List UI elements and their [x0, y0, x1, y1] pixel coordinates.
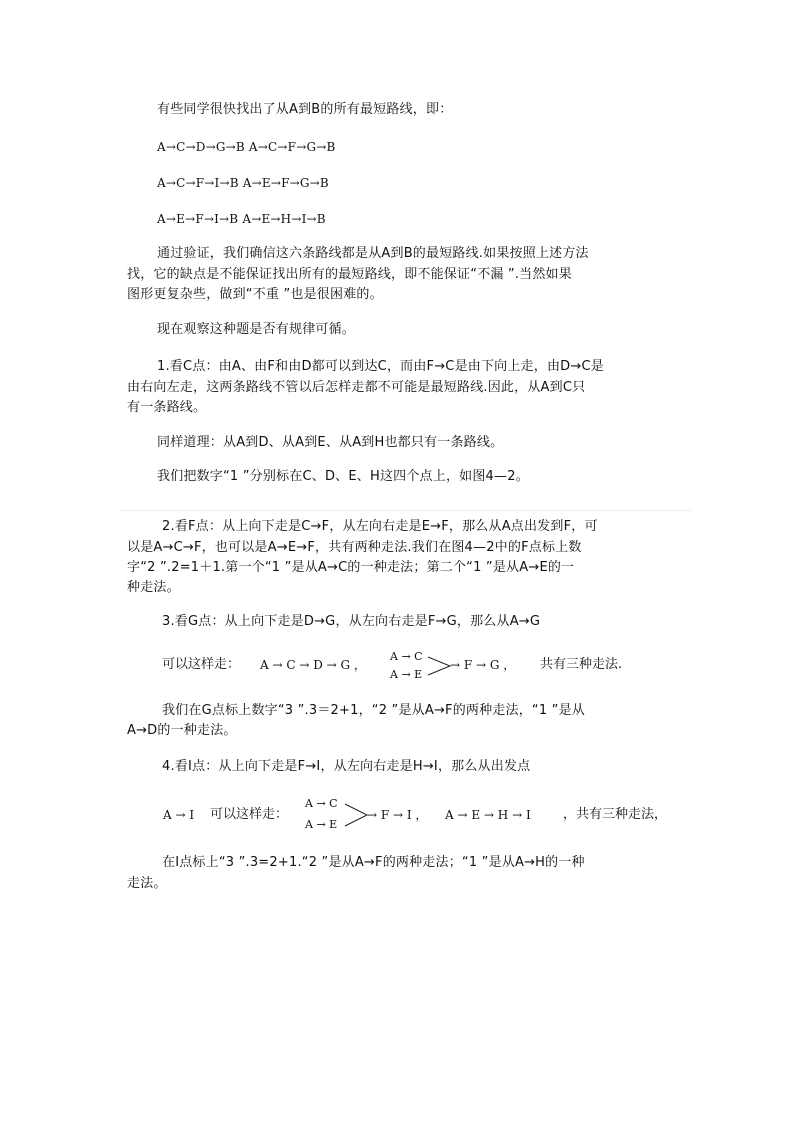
merge-bracket-icon [345, 802, 369, 828]
path-formula: A → I [163, 805, 194, 825]
point-c-line: 1.看C点：由A、由F和由D都可以到达C，而由F→C是由下向上走，由D→C是 [157, 357, 604, 377]
point-i-intro: 4.看I点：从上向下走是F→I，从左向右走是H→I，那么从出发点 [162, 757, 530, 777]
verify-line: 找，它的缺点是不能保证找出所有的最短路线，即不能保证“不漏 ”.当然如果 [127, 265, 572, 285]
merge-bracket-icon [428, 655, 452, 677]
point-c-line: 由右向左走，这两条路线不管以后怎样走都不可能是最短路线.因此，从A到C只 [127, 378, 585, 398]
branch-top: A → C [390, 650, 423, 664]
point-g-intro: 3.看G点：从上向下走是D→G，从左向右走是F→G，那么从A→G [162, 612, 540, 632]
path-formula: A → E → H → I [445, 805, 531, 825]
point-g-explain: 我们在G点标上数字“3 ”.3＝2+1，“2 ”是从A→F的两种走法，“1 ”是… [162, 701, 585, 721]
branch-top: A → C [305, 797, 338, 811]
section-divider [120, 510, 692, 511]
route-line: A→E→F→I→B A→E→H→I→B [157, 209, 326, 229]
point-f-line: 字“2 ”.2=1＋1.第一个“1 ”是从A→C的一种走法；第二个“1 ”是从A… [127, 558, 574, 578]
summary-text: ，共有三种走法， [563, 805, 667, 825]
route-line: A→C→D→G→B A→C→F→G→B [157, 137, 336, 157]
intro-paragraph: 有些同学很快找出了从A到B的所有最短路线，即： [157, 100, 452, 120]
point-f-line: 以是A→C→F，也可以是A→E→F，共有两种走法.我们在图4—2中的F点标上数 [127, 538, 582, 558]
mark-one-paragraph: 我们把数字“1 ”分别标在C、D、E、H这四个点上，如图4—2。 [157, 467, 529, 487]
point-c-line: 有一条路线。 [127, 398, 206, 418]
branch-bottom: A → E [390, 668, 422, 682]
point-g-explain: A→D的一种走法。 [127, 721, 237, 741]
point-i-explain: 在I点标上“3 ”.3=2+1.“2 ”是从A→F的两种走法；“1 ”是从A→H… [162, 853, 585, 873]
path-formula: A → C → D → G ， [260, 655, 366, 675]
point-i-explain: 走法。 [127, 874, 167, 894]
walk-label: 可以这样走： [210, 805, 288, 825]
path-formula: → F → I ， [367, 805, 427, 825]
walk-label: 可以这样走： [162, 655, 240, 675]
verify-line: 图形更复杂些，做到“不重 ”也是很困难的。 [127, 285, 383, 305]
same-reason-paragraph: 同样道理：从A到D、从A到E、从A到H也都只有一条路线。 [157, 433, 503, 453]
path-formula: → F → G ， [450, 655, 515, 675]
point-f-line: 种走法。 [127, 578, 180, 598]
branch-bottom: A → E [305, 818, 337, 832]
route-line: A→C→F→I→B A→E→F→G→B [157, 173, 329, 193]
observe-paragraph: 现在观察这种题是否有规律可循。 [157, 320, 355, 340]
verify-line: 通过验证，我们确信这六条路线都是从A到B的最短路线.如果按照上述方法 [157, 244, 589, 264]
document-page: 有些同学很快找出了从A到B的所有最短路线，即： A→C→D→G→B A→C→F→… [0, 0, 793, 1122]
summary-text: 共有三种走法. [540, 655, 622, 675]
point-f-line: 2.看F点：从上向下走是C→F，从左向右走是E→F，那么从A点出发到F，可 [162, 517, 598, 537]
